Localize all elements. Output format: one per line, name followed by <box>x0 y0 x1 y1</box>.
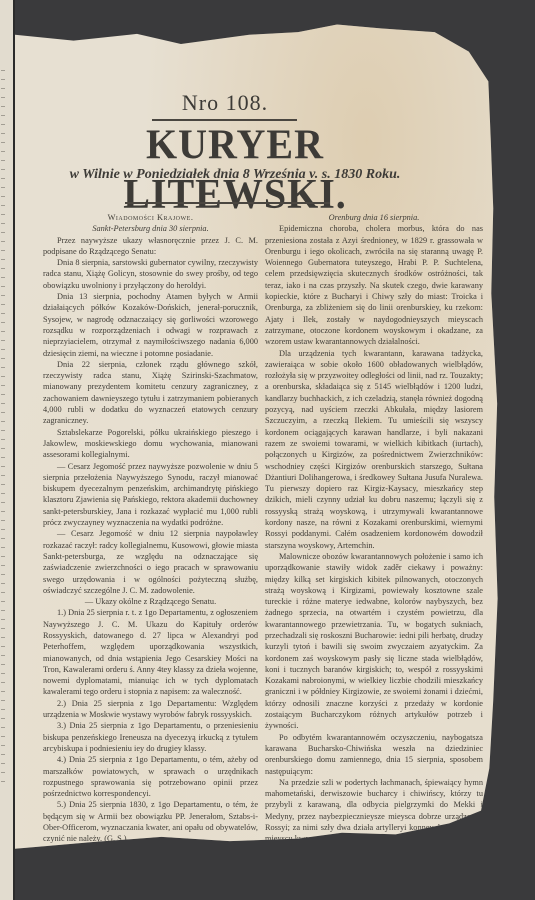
paragraph: 5.) Dnia 25 sierpnia 1830, z 1go Departa… <box>43 799 258 844</box>
paragraph: Dla urządzenia tych kwarantann, karawana… <box>265 348 483 551</box>
paragraph: Epidemiczna choroba, cholera morbus, któ… <box>265 223 483 347</box>
right-column: Orenburg dnia 16 sierpnia. Epidemiczna c… <box>265 212 483 845</box>
paragraph: Na przedzie szli w podertych łachmanach,… <box>265 777 483 845</box>
masthead-rule-bottom <box>125 202 330 204</box>
paragraph: Dnia 13 sierpnia, pochodny Atamen byłych… <box>43 291 258 359</box>
adjacent-page-edge <box>0 0 13 900</box>
paragraph: 1.) Dnia 25 sierpnia r. t. z 1go Departa… <box>43 607 258 697</box>
paragraph: Dnia 8 sierpnia, sarstowski gubernator c… <box>43 257 258 291</box>
masthead-dateline: w Wilnie w Poniedziałek dnia 8 Września … <box>35 167 435 183</box>
binding-line <box>13 0 15 900</box>
paragraph: Przez naywyższe ukazy własnoręcznie prze… <box>43 235 258 258</box>
paragraph: 4.) Dnia 25 sierpnia z 1go Departamentu,… <box>43 754 258 799</box>
paragraph: — Cesarz Jegomość w dniu 12 sierpnia nay… <box>43 528 258 596</box>
paragraph: 3.) Dnia 25 sierpnia z 1go Departamentu,… <box>43 720 258 754</box>
adjacent-page-text-marks <box>1 70 5 790</box>
issue-number: Nro 108. <box>15 90 435 116</box>
paragraph: Dnia 22 sierpnia, członek rządu głównego… <box>43 359 258 427</box>
newspaper-page: Nro 108. KURYER LITEWSKI. w Wilnie w Pon… <box>15 22 503 870</box>
paragraph: Po odbytém kwarantannowém oczyszczeniu, … <box>265 732 483 777</box>
article-dateline: Sankt-Petersburg dnia 30 sierpnia. <box>43 223 258 234</box>
paragraph: — Ukazy okólne z Rządzącego Senatu. <box>43 596 258 607</box>
paragraph: Sztabslekarze Pogorelski, półku ukraińsk… <box>43 427 258 461</box>
article-dateline: Orenburg dnia 16 sierpnia. <box>265 212 483 223</box>
section-heading: Wiadomości Krajowe. <box>43 212 258 223</box>
paragraph: — Cesarz Jegomość przez naywyższe pozwol… <box>43 461 258 529</box>
paragraph: Malownicze obozów kwarantannowych położe… <box>265 551 483 732</box>
paragraph: 2.) Dnia 25 sierpnia z 1go Departamentu:… <box>43 698 258 721</box>
left-column: Wiadomości Krajowe. Sankt-Petersburg dni… <box>43 212 258 845</box>
